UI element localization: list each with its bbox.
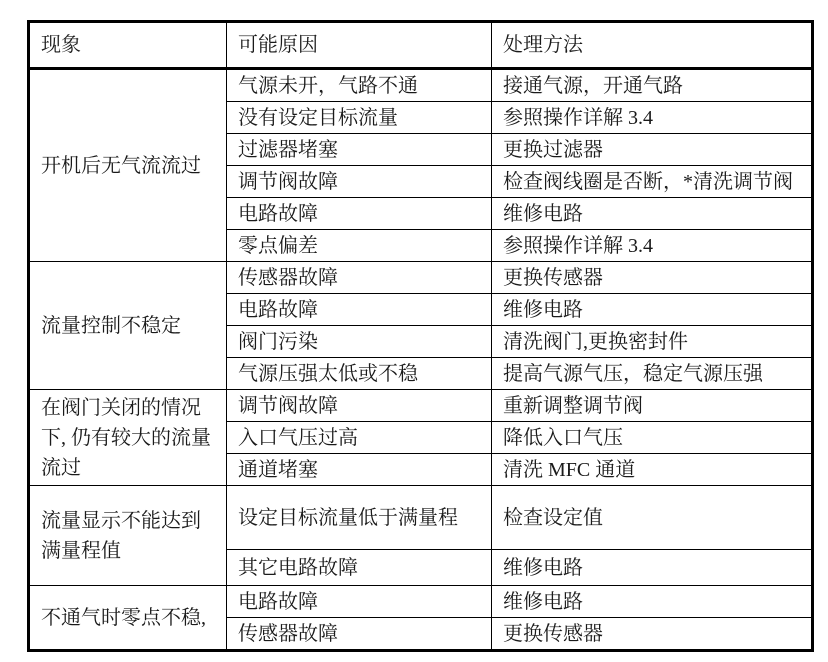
cause-cell: 调节阀故障 — [227, 390, 492, 422]
solution-cell: 参照操作详解 3.4 — [492, 230, 813, 262]
cause-cell: 气源压强太低或不稳 — [227, 358, 492, 390]
cause-cell: 电路故障 — [227, 294, 492, 326]
solution-cell: 更换传感器 — [492, 618, 813, 651]
cause-cell: 其它电路故障 — [227, 550, 492, 586]
solution-cell: 重新调整调节阀 — [492, 390, 813, 422]
header-row: 现象 可能原因 处理方法 — [29, 22, 813, 69]
cause-cell: 设定目标流量低于满量程 — [227, 486, 492, 550]
cause-cell: 调节阀故障 — [227, 166, 492, 198]
table-row: 流量控制不稳定 传感器故障 更换传感器 — [29, 262, 813, 294]
cause-cell: 阀门污染 — [227, 326, 492, 358]
cause-cell: 电路故障 — [227, 198, 492, 230]
cause-cell: 零点偏差 — [227, 230, 492, 262]
table-row: 流量显示不能达到满量程值 设定目标流量低于满量程 检查设定值 — [29, 486, 813, 550]
solution-cell: 维修电路 — [492, 198, 813, 230]
troubleshooting-table: 现象 可能原因 处理方法 开机后无气流流过 气源未开，气路不通 接通气源，开通气… — [27, 20, 814, 652]
solution-cell: 更换传感器 — [492, 262, 813, 294]
solution-cell: 参照操作详解 3.4 — [492, 102, 813, 134]
solution-cell: 维修电路 — [492, 586, 813, 618]
solution-cell: 检查阀线圈是否断，*清洗调节阀 — [492, 166, 813, 198]
cause-cell: 气源未开，气路不通 — [227, 69, 492, 102]
cause-cell: 入口气压过高 — [227, 422, 492, 454]
solution-cell: 降低入口气压 — [492, 422, 813, 454]
cause-cell: 通道堵塞 — [227, 454, 492, 486]
solution-cell: 检查设定值 — [492, 486, 813, 550]
cause-cell: 没有设定目标流量 — [227, 102, 492, 134]
table-row: 在阀门关闭的情况下, 仍有较大的流量流过 调节阀故障 重新调整调节阀 — [29, 390, 813, 422]
solution-cell: 提高气源气压，稳定气源压强 — [492, 358, 813, 390]
solution-column-header: 处理方法 — [492, 22, 813, 69]
phenomenon-column-header: 现象 — [29, 22, 227, 69]
cause-column-header: 可能原因 — [227, 22, 492, 69]
phenomenon-cell: 流量显示不能达到满量程值 — [29, 486, 227, 586]
solution-cell: 接通气源，开通气路 — [492, 69, 813, 102]
solution-cell: 维修电路 — [492, 550, 813, 586]
solution-cell: 更换过滤器 — [492, 134, 813, 166]
cause-cell: 电路故障 — [227, 586, 492, 618]
phenomenon-cell: 不通气时零点不稳, — [29, 586, 227, 651]
solution-cell: 清洗 MFC 通道 — [492, 454, 813, 486]
solution-cell: 维修电路 — [492, 294, 813, 326]
cause-cell: 传感器故障 — [227, 262, 492, 294]
phenomenon-cell: 流量控制不稳定 — [29, 262, 227, 390]
document-page: 现象 可能原因 处理方法 开机后无气流流过 气源未开，气路不通 接通气源，开通气… — [0, 0, 828, 662]
cause-cell: 传感器故障 — [227, 618, 492, 651]
phenomenon-cell: 在阀门关闭的情况下, 仍有较大的流量流过 — [29, 390, 227, 486]
cause-cell: 过滤器堵塞 — [227, 134, 492, 166]
solution-cell: 清洗阀门,更换密封件 — [492, 326, 813, 358]
table-row: 不通气时零点不稳, 电路故障 维修电路 — [29, 586, 813, 618]
table-row: 开机后无气流流过 气源未开，气路不通 接通气源，开通气路 — [29, 69, 813, 102]
phenomenon-cell: 开机后无气流流过 — [29, 69, 227, 262]
